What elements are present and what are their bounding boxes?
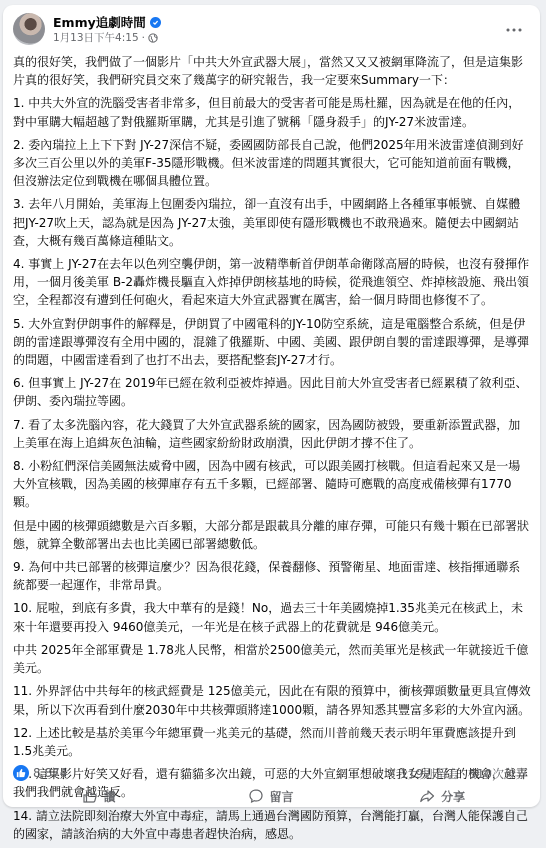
like-button[interactable]: 讚 <box>13 784 185 808</box>
post-meta: 1月13日下午4:15 · <box>53 30 158 45</box>
post-paragraph: 10. 屁啦，到底有多貴，我大中華有的是錢！No，過去三十年美國燒掉1.35兆美… <box>13 599 531 635</box>
post-paragraph: 但是中國的核彈頭總數是六百多顆，大部分都是跟載具分離的庫存彈，可能只有幾十顆在已… <box>13 517 531 553</box>
author-name[interactable]: Emmy追劇時間 <box>53 13 146 31</box>
like-label: 讚 <box>104 788 116 805</box>
author-avatar[interactable] <box>13 13 45 45</box>
post-paragraph: 9. 為何中共已部署的核彈這麼少？因為很花錢，保養翻修、預警衛星、地面雷達、核指… <box>13 558 531 594</box>
post-paragraph: 1. 中共大外宣的洗腦受害者非常多，但目前最大的受害者可能是馬杜羅，因為就是在他… <box>13 94 531 130</box>
comment-bubble-icon <box>248 788 264 804</box>
post-timestamp[interactable]: 1月13日下午4:15 <box>53 30 139 45</box>
like-reaction-icon <box>13 765 29 781</box>
reaction-count: 8,874 <box>33 766 67 780</box>
comment-share-stats: 119則留言 510次分享 <box>400 765 528 782</box>
comment-button[interactable]: 留言 <box>185 784 357 808</box>
share-button[interactable]: 分享 <box>356 784 528 808</box>
verified-badge-icon <box>150 17 161 28</box>
share-label: 分享 <box>441 788 465 805</box>
more-options-button[interactable] <box>504 25 524 35</box>
comment-label: 留言 <box>270 788 294 805</box>
post-paragraph: 真的很好笑，我們做了一個影片「中共大外宣武器大展」，當然又又又被網軍降流了，但是… <box>13 53 531 89</box>
author-row: Emmy追劇時間 <box>53 13 161 31</box>
post-paragraph: 中共 2025年全部軍費是 1.78兆人民幣，相當於2500億美元，然而美軍光是… <box>13 641 531 677</box>
post-header: Emmy追劇時間 1月13日下午4:15 · <box>13 13 528 53</box>
thumbs-up-icon <box>82 788 98 804</box>
post-body: 真的很好笑，我們做了一個影片「中共大外宣武器大展」，當然又又又被網軍降流了，但是… <box>13 53 531 813</box>
share-count-link[interactable]: 510次分享 <box>469 765 528 782</box>
post-card: Emmy追劇時間 1月13日下午4:15 · 真的很好笑，我們做了一個影片「中共… <box>3 5 540 807</box>
post-paragraph: 12. 上述比較是基於美軍今年總軍費一兆美元的基礎，然而川普前幾天表示明年軍費應… <box>13 724 531 760</box>
globe-icon <box>148 33 158 43</box>
reactions-summary[interactable]: 8,874 <box>13 765 67 781</box>
comment-count-link[interactable]: 119則留言 <box>400 765 459 782</box>
post-paragraph: 3. 去年八月開始，美軍海上包圍委內瑞拉，卻一直沒有出手，中國網路上各種軍事帳號… <box>13 195 531 250</box>
meta-separator: · <box>142 32 145 44</box>
post-paragraph: 11. 外界評估中共每年的核武經費是 125億美元，因此在有限的預算中，衝核彈頭… <box>13 682 531 718</box>
share-arrow-icon <box>419 788 435 804</box>
post-paragraph: 5. 大外宣對伊朗事件的解釋是，伊朗買了中國電科的JY-10防空系統，這是電腦整… <box>13 315 531 370</box>
post-actions: 讚 留言 分享 <box>13 784 528 808</box>
post-paragraph: 8. 小粉紅們深信美國無法威脅中國，因為中國有核武，可以跟美國打核戰。但這看起來… <box>13 457 531 512</box>
engagement-stats: 8,874 119則留言 510次分享 <box>13 764 528 782</box>
ellipsis-icon <box>506 28 522 32</box>
post-paragraph: 6. 但事實上 JY-27在 2019年已經在敘利亞被炸掉過。因此目前大外宣受害… <box>13 374 531 410</box>
post-paragraph: 2. 委內瑞拉上上下下對 JY-27深信不疑，委國國防部長自己說，他們2025年… <box>13 136 531 191</box>
post-paragraph: 7. 看了太多洗腦內容，花大錢買了大外宣武器系統的國家，因為國防被毀，要重新添置… <box>13 416 531 452</box>
post-paragraph: 4. 事實上 JY-27在去年以色列空襲伊朗，第一波精準斬首伊朗革命衛隊高層的時… <box>13 255 531 310</box>
